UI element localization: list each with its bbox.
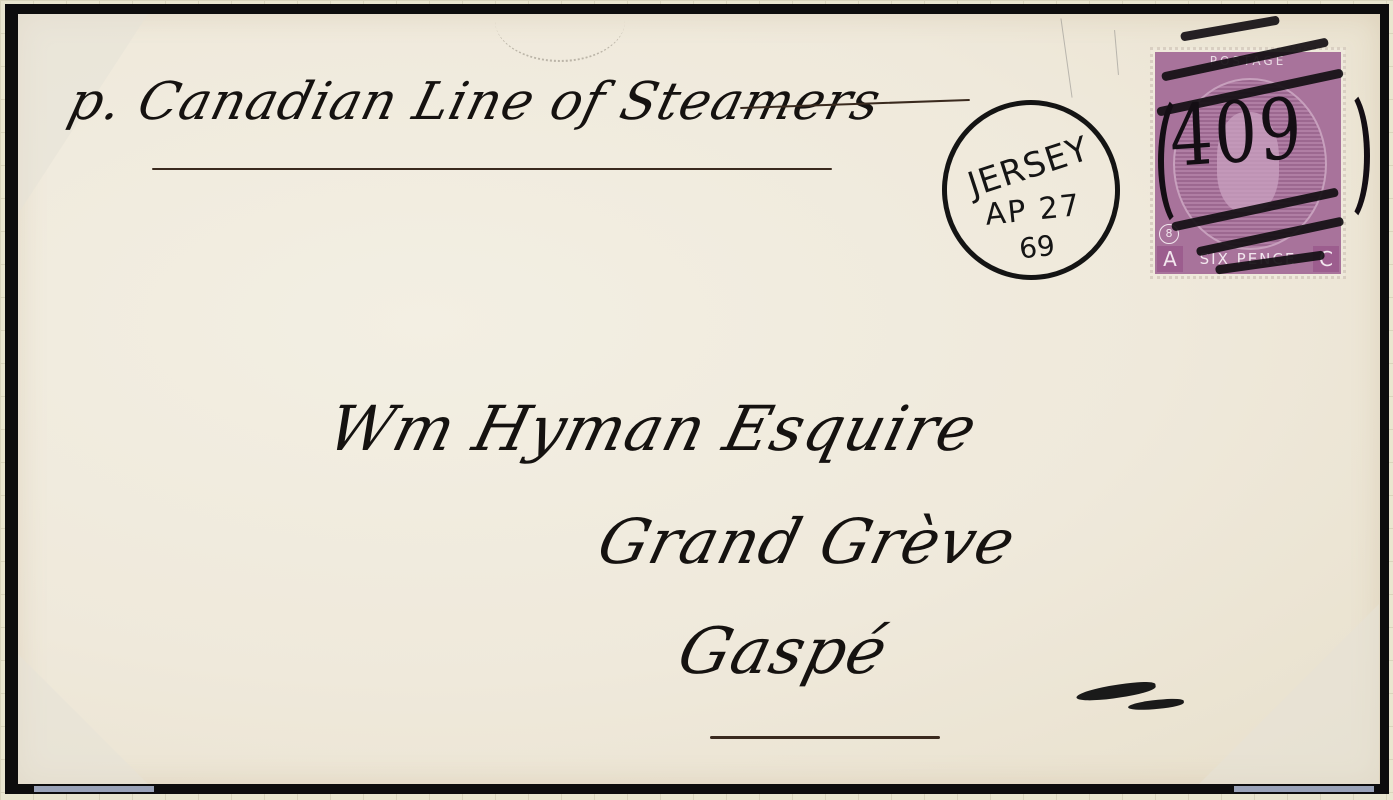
stamp-corner-letter-left: A [1157,246,1183,272]
address-line-locality: Grand Grève [591,505,1023,578]
addressee-name: Wm Hyman Esquire [321,392,985,465]
routing-endorsement: p. Canadian Line of Steamers [63,72,887,132]
cancel-oval-right [1318,85,1370,227]
routing-underline [152,168,832,170]
mount-strip-right [1234,786,1374,792]
numeral-cancel: 409 [1168,79,1305,186]
address-underline [710,736,940,739]
address-line-district: Gaspé [671,615,895,689]
mount-strip-left [34,786,154,792]
